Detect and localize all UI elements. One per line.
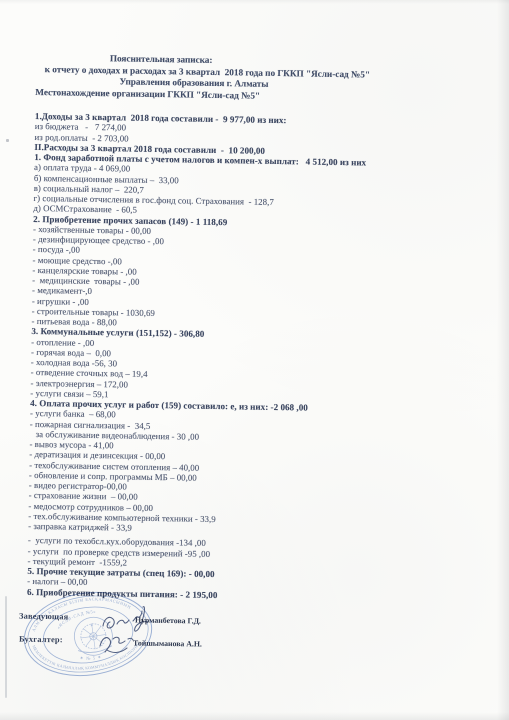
document-body: 1.Доходы за 3 квартал 2018 года составил…	[27, 111, 490, 604]
right-edge-shade	[497, 0, 509, 720]
bottom-edge-shade	[0, 712, 509, 720]
scan-speck	[6, 139, 9, 142]
signature-role-accountant: Бухгалтер:	[19, 635, 63, 645]
page-edge-shadow	[5, 596, 7, 698]
signature-role-manager: Заведующая	[19, 612, 68, 622]
scanned-document-page: Пояснительная записка:к отчету о доходах…	[0, 0, 509, 720]
stamp-emblem: ✶	[72, 615, 115, 658]
signature-name-accountant: Тойшыманова А.Н.	[133, 638, 202, 648]
document-header: Пояснительная записка:к отчету о доходах…	[35, 52, 491, 106]
stamp-emblem-star: ✶	[90, 623, 95, 629]
document-content: Пояснительная записка:к отчету о доходах…	[27, 52, 491, 604]
svg-text:✶ № 5 ✶: ✶ № 5 ✶	[79, 652, 102, 662]
accountant-signature	[100, 637, 133, 652]
signature-name-manager: Нурманбетова Г.Д.	[135, 615, 201, 625]
stamp-ring-text: АЛМАТЫ ҚАЛАСЫ БІЛІМ БАСҚАРМАСЫНЫҢ МЕМЛЕК…	[26, 590, 144, 677]
top-edge-shade	[0, 0, 509, 4]
stamp-text-inner-bottom: ✶ № 5 ✶	[79, 652, 102, 662]
